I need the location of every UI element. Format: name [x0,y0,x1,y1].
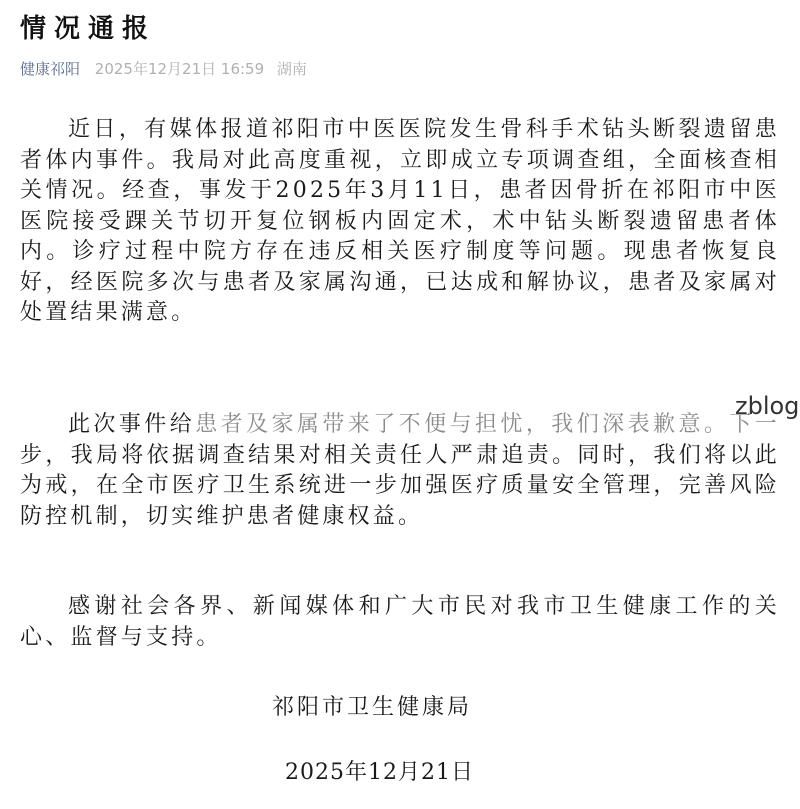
publish-time: 2025年12月21日 16:59 [95,60,264,78]
paragraph-2: 此次事件给患者及家属带来了不便与担忧，我们深表歉意。下一步，我局将依据调查结果对… [20,410,780,532]
signature-org: 祁阳市卫生健康局 [272,690,472,721]
paragraph-2-start: 此次事件给 [68,412,195,437]
paragraph-2-rest: 步，我局将依据调查结果对相关责任人严肃追责。同时，我们将以此为戒，在全市医疗卫生… [20,443,780,529]
paragraph-3: 感谢社会各界、新闻媒体和广大市民对我市卫生健康工作的关心、监督与支持。 [20,592,780,653]
signature-date: 2025年12月21日 [285,755,474,786]
paragraph-2-faded: 患者及家属带来了不便与担忧，我们深表歉意。下一 [195,412,780,437]
paragraph-1: 近日，有媒体报道祁阳市中医医院发生骨科手术钻头断裂遗留患者体内事件。我局对此高度… [20,115,780,329]
article-title: 情况通报 [20,8,156,45]
location-label: 湖南 [277,60,307,78]
watermark-text: zblog [735,392,799,420]
account-name-link[interactable]: 健康祁阳 [20,60,80,78]
article-meta: 健康祁阳 2025年12月21日 16:59 湖南 [20,58,307,79]
